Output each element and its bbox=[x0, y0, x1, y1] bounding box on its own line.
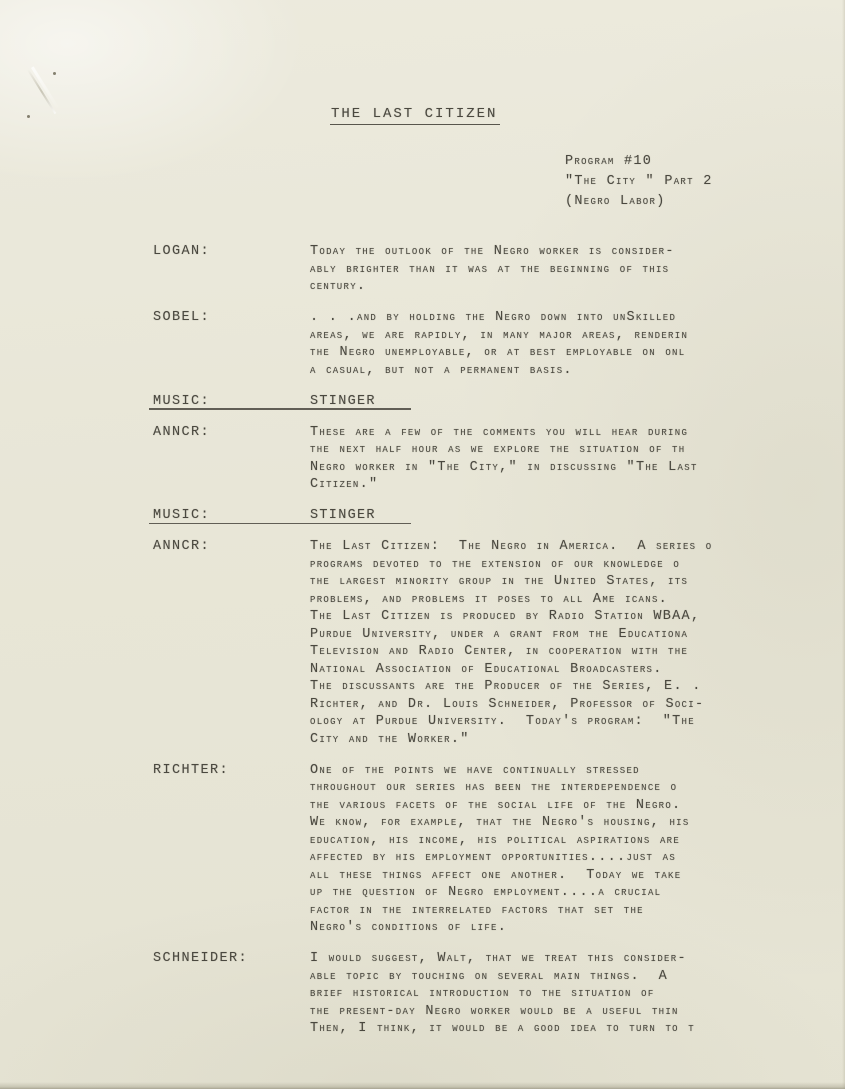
staple-hole bbox=[53, 72, 56, 75]
dialogue-line: the largest minority group in the United… bbox=[310, 573, 712, 591]
script-blocks: LOGAN:Today the outlook of the Negro wor… bbox=[153, 243, 845, 1051]
dialogue-line: throughout our series has been the inter… bbox=[310, 779, 690, 797]
dialogue-lines: STINGER bbox=[310, 507, 376, 525]
music-cue-block: MUSIC:STINGER bbox=[153, 393, 845, 411]
dialogue-line: The Last Citizen is produced by Radio St… bbox=[310, 608, 712, 626]
script-block: LOGAN:Today the outlook of the Negro wor… bbox=[153, 243, 845, 296]
dialogue-line: These are a few of the comments you will… bbox=[310, 424, 698, 442]
speaker-label: RICHTER: bbox=[153, 762, 310, 937]
dialogue-line: . . .and by holding the Negro down into … bbox=[310, 309, 688, 327]
dialogue-line: a casual, but not a permanent basis. bbox=[310, 362, 688, 380]
dialogue-line: The discussants are the Producer of the … bbox=[310, 678, 712, 696]
dialogue-line: Then, I think, it would be a good idea t… bbox=[310, 1020, 695, 1038]
page-bottom-edge-shadow bbox=[0, 1082, 845, 1089]
dialogue-lines: These are a few of the comments you will… bbox=[310, 424, 698, 494]
dialogue-line: all these things affect one another. Tod… bbox=[310, 867, 690, 885]
speaker-label: SOBEL: bbox=[153, 309, 310, 379]
dialogue-line: ology at Purdue University. Today's prog… bbox=[310, 713, 712, 731]
dialogue-lines: One of the points we have continually st… bbox=[310, 762, 690, 937]
script-block: ANNCR:The Last Citizen: The Negro in Ame… bbox=[153, 538, 845, 748]
dialogue-line: Purdue University, under a grant from th… bbox=[310, 626, 712, 644]
dialogue-line: the next half hour as we explore the sit… bbox=[310, 441, 698, 459]
program-header: Program #10 "The City " Part 2 (Negro La… bbox=[565, 152, 713, 212]
dialogue-lines: The Last Citizen: The Negro in America. … bbox=[310, 538, 712, 748]
dialogue-line: the Negro unemployable, or at best emplo… bbox=[310, 344, 688, 362]
dialogue-lines: I would suggest, Walt, that we treat thi… bbox=[310, 950, 695, 1038]
dialogue-line: the present-day Negro worker would be a … bbox=[310, 1003, 695, 1021]
dialogue-line: areas, we are rapidly, in many major are… bbox=[310, 327, 688, 345]
dialogue-line: STINGER bbox=[310, 507, 376, 525]
speaker-label: ANNCR: bbox=[153, 424, 310, 494]
script-block: SOBEL:. . .and by holding the Negro down… bbox=[153, 309, 845, 379]
dialogue-lines: Today the outlook of the Negro worker is… bbox=[310, 243, 675, 296]
dialogue-line: STINGER bbox=[310, 393, 376, 411]
dialogue-line: I would suggest, Walt, that we treat thi… bbox=[310, 950, 695, 968]
dialogue-lines: . . .and by holding the Negro down into … bbox=[310, 309, 688, 379]
dialogue-line: Negro's conditions of life. bbox=[310, 919, 690, 937]
dialogue-line: Citizen." bbox=[310, 476, 698, 494]
staple-hole bbox=[27, 115, 30, 118]
dialogue-line: National Association of Educational Broa… bbox=[310, 661, 712, 679]
dialogue-line: brief historical introduction to the sit… bbox=[310, 985, 695, 1003]
dialogue-line: century. bbox=[310, 278, 675, 296]
program-number: Program #10 bbox=[565, 152, 713, 172]
dialogue-line: the various facets of the social life of… bbox=[310, 797, 690, 815]
music-cue-block: MUSIC:STINGER bbox=[153, 507, 845, 525]
dialogue-line: We know, for example, that the Negro's h… bbox=[310, 814, 690, 832]
document-title: THE LAST CITIZEN bbox=[330, 106, 500, 125]
program-episode: "The City " Part 2 bbox=[565, 172, 713, 192]
dialogue-line: Negro worker in "The City," in discussin… bbox=[310, 459, 698, 477]
dialogue-line: Television and Radio Center, in cooperat… bbox=[310, 643, 712, 661]
scanned-script-page: THE LAST CITIZEN Program #10 "The City "… bbox=[0, 0, 845, 1089]
script-block: SCHNEIDER:I would suggest, Walt, that we… bbox=[153, 950, 845, 1038]
program-subtitle: (Negro Labor) bbox=[565, 192, 713, 212]
dialogue-line: Richter, and Dr. Louis Schneider, Profes… bbox=[310, 696, 712, 714]
dialogue-line: problems, and problems it poses to all A… bbox=[310, 591, 712, 609]
speaker-label: ANNCR: bbox=[153, 538, 310, 748]
speaker-label: MUSIC: bbox=[153, 507, 310, 525]
speaker-label: LOGAN: bbox=[153, 243, 310, 296]
dialogue-line: The Last Citizen: The Negro in America. … bbox=[310, 538, 712, 556]
speaker-label: SCHNEIDER: bbox=[153, 950, 310, 1038]
script-block: ANNCR:These are a few of the comments yo… bbox=[153, 424, 845, 494]
dialogue-line: factor in the interrelated factors that … bbox=[310, 902, 690, 920]
dialogue-line: able topic by touching on several main t… bbox=[310, 968, 695, 986]
dialogue-line: programs devoted to the extension of our… bbox=[310, 556, 712, 574]
dialogue-line: up the question of Negro employment....a… bbox=[310, 884, 690, 902]
script-block: RICHTER:One of the points we have contin… bbox=[153, 762, 845, 937]
dialogue-line: City and the Worker." bbox=[310, 731, 712, 749]
dialogue-line: One of the points we have continually st… bbox=[310, 762, 690, 780]
dialogue-line: ably brighter than it was at the beginni… bbox=[310, 261, 675, 279]
dialogue-line: education, his income, his political asp… bbox=[310, 832, 690, 850]
dialogue-line: Today the outlook of the Negro worker is… bbox=[310, 243, 675, 261]
dialogue-line: affected by his employment opportunities… bbox=[310, 849, 690, 867]
dialogue-lines: STINGER bbox=[310, 393, 376, 411]
speaker-label: MUSIC: bbox=[153, 393, 310, 411]
staple-crease-mark bbox=[27, 69, 56, 114]
